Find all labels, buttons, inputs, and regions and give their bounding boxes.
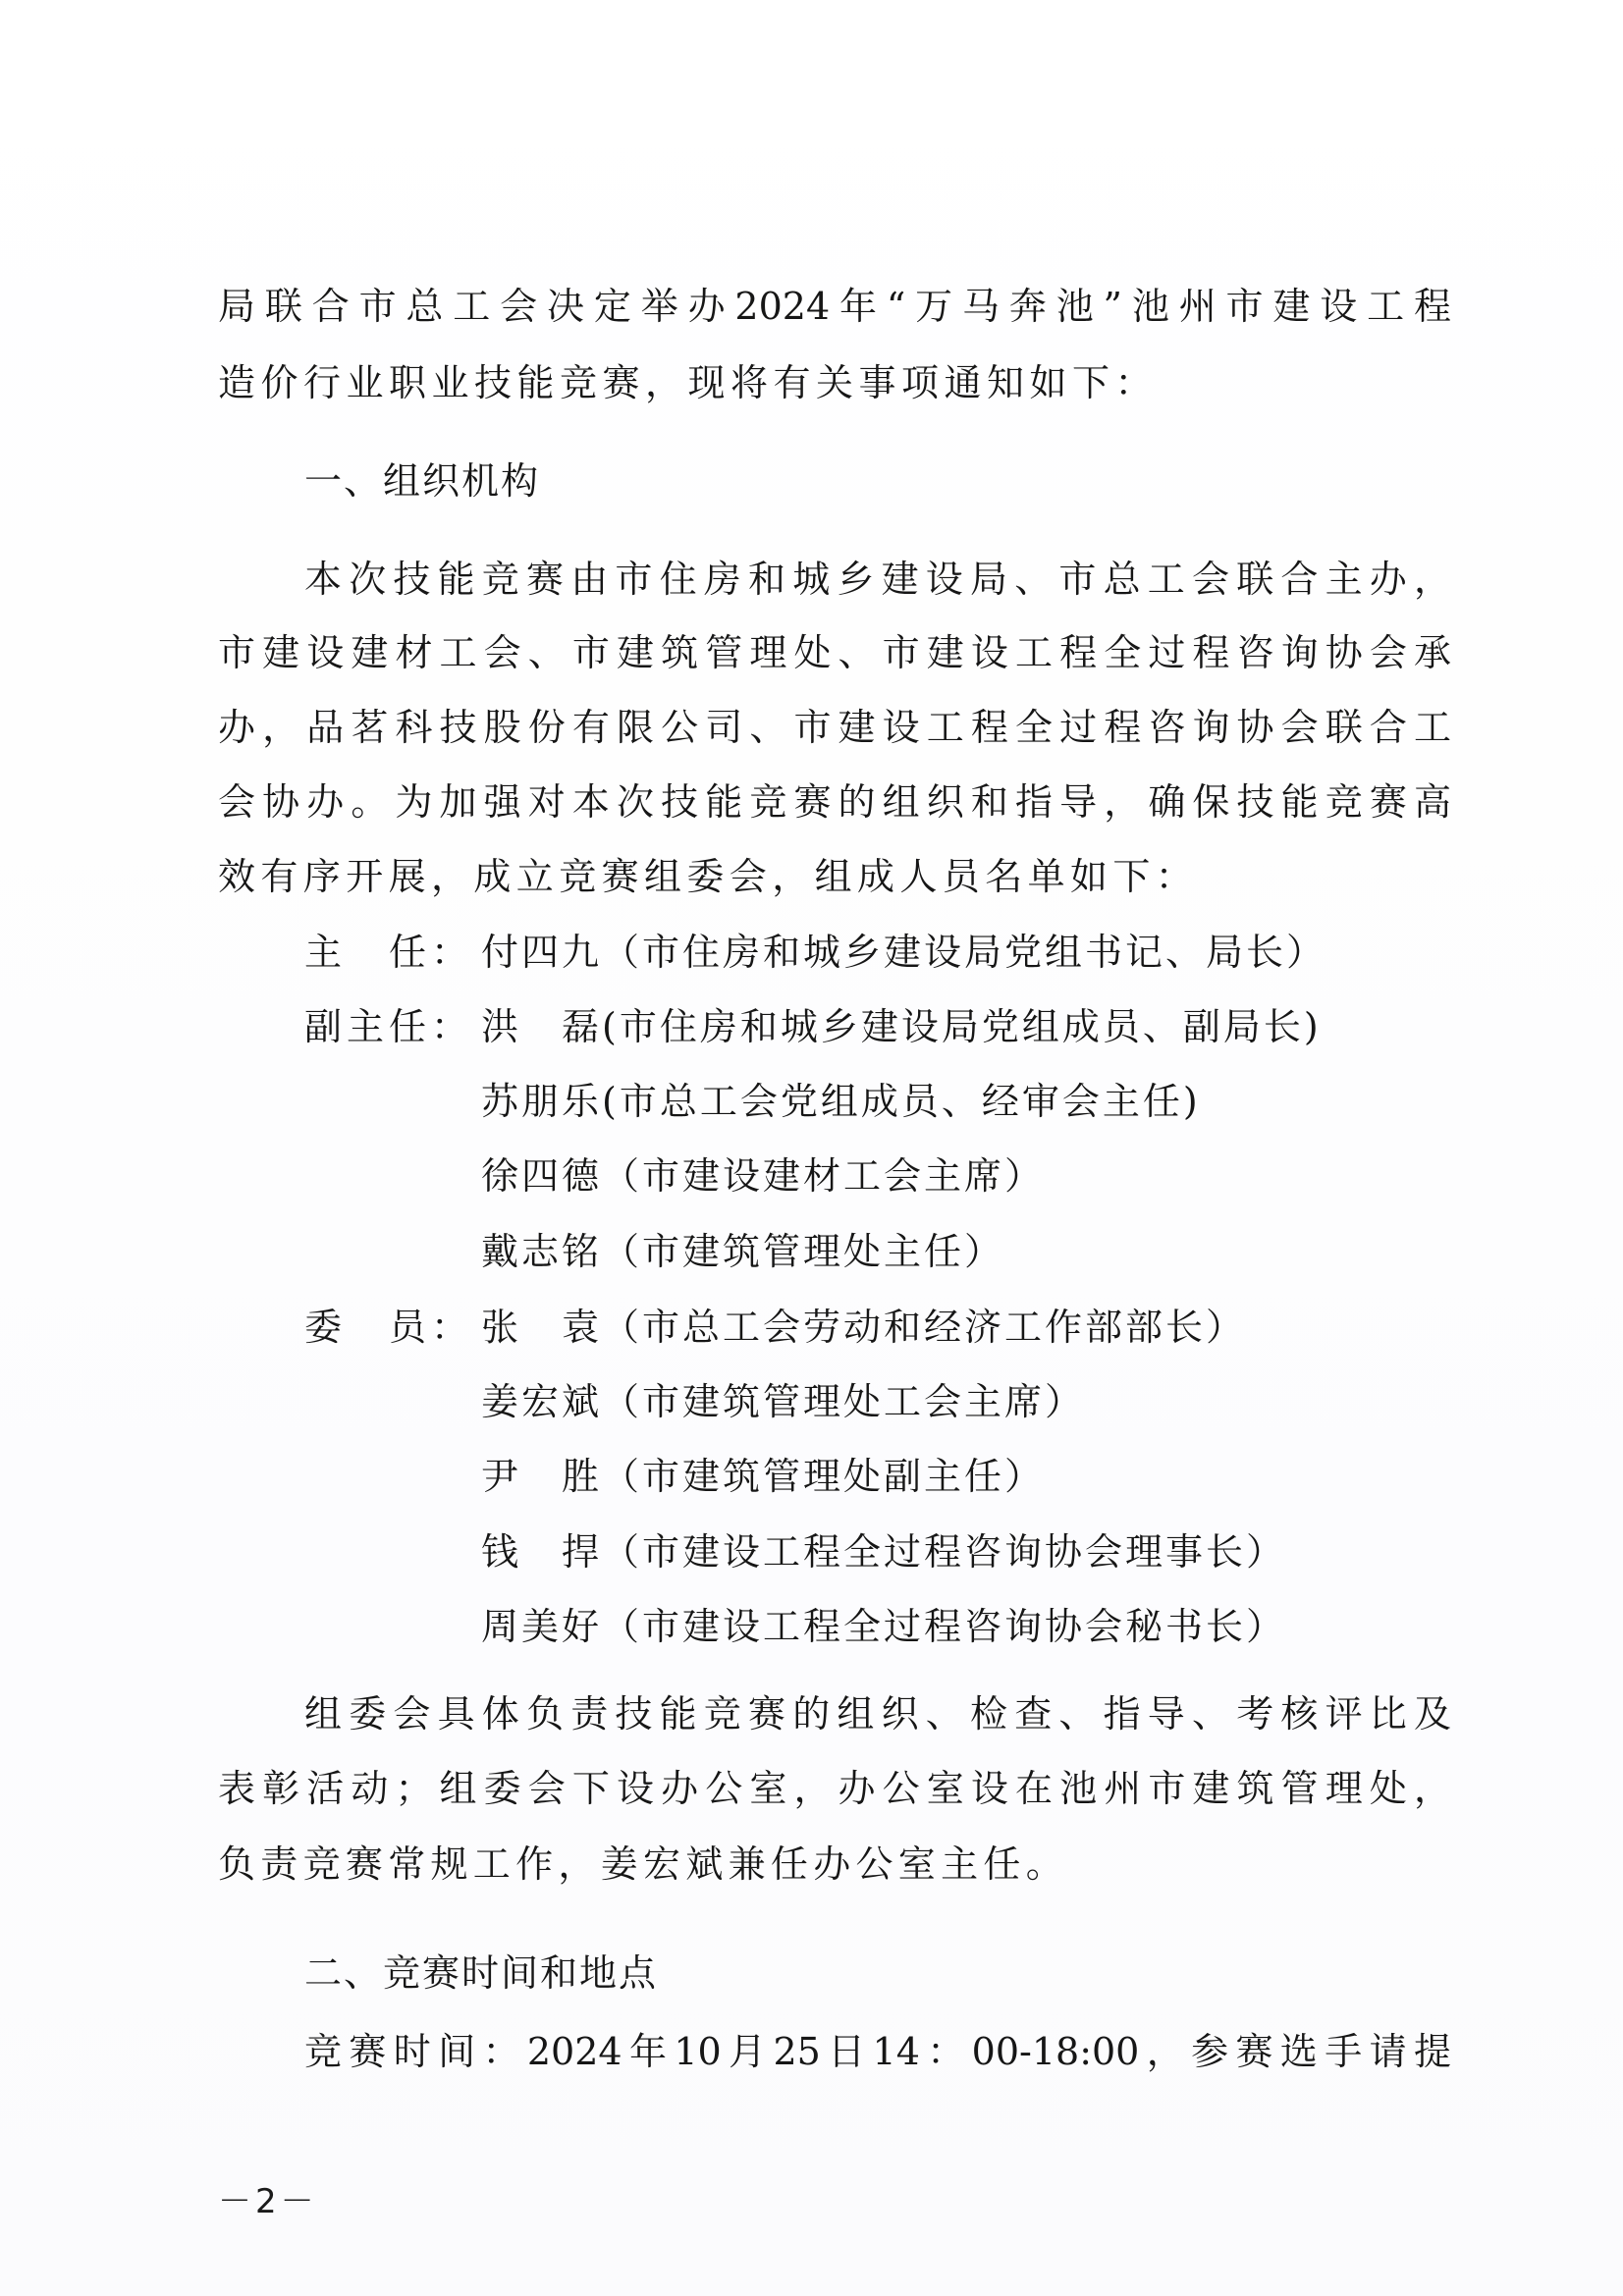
member-title: （市建设工程全过程咨询协会秘书长） bbox=[602, 1605, 1286, 1648]
member-role: 副主任： bbox=[304, 1002, 471, 1051]
time-paragraph-line-1: 竞赛时间：2024年10月25日14：00-18:00，参赛选手请提 bbox=[304, 2027, 1451, 2076]
member-name: 徐四德 bbox=[481, 1154, 602, 1198]
committee-member: 副主任： 洪 磊(市住房和城乡建设局党组成员、副局长) bbox=[0, 1002, 1623, 1051]
committee-member: 尹 胜（市建筑管理处副主任） bbox=[0, 1452, 1623, 1501]
member-name: 周美好 bbox=[481, 1605, 602, 1648]
member-name: 苏朋乐 bbox=[481, 1080, 602, 1123]
member-name: 钱 捍 bbox=[481, 1530, 602, 1574]
member-title: (市住房和城乡建设局党组成员、副局长) bbox=[602, 1005, 1322, 1048]
member-title: (市总工会党组成员、经审会主任) bbox=[602, 1080, 1201, 1123]
committee-member: 钱 捍（市建设工程全过程咨询协会理事长） bbox=[0, 1527, 1623, 1576]
committee-member: 苏朋乐(市总工会党组成员、经审会主任) bbox=[0, 1077, 1623, 1126]
org-paragraph-line-2: 市建设建材工会、市建筑管理处、市建设工程全过程咨询协会承 bbox=[218, 628, 1451, 677]
intro-line-1: 局联合市总工会决定举办2024年“万马奔池”池州市建设工程 bbox=[218, 282, 1451, 331]
member-role: 主 任： bbox=[304, 928, 471, 977]
member-name: 张 袁 bbox=[481, 1306, 602, 1349]
intro-line-2: 造价行业职业技能竞赛，现将有关事项通知如下： bbox=[218, 358, 1451, 407]
committee-member: 委 员： 张 袁（市总工会劳动和经济工作部部长） bbox=[0, 1303, 1623, 1352]
member-name: 洪 磊 bbox=[481, 1005, 602, 1048]
committee-member: 戴志铭（市建筑管理处主任） bbox=[0, 1227, 1623, 1276]
office-paragraph-line-1: 组委会具体负责技能竞赛的组织、检查、指导、考核评比及 bbox=[304, 1689, 1451, 1738]
member-title: （市住房和城乡建设局党组书记、局长） bbox=[602, 931, 1326, 974]
member-name: 尹 胜 bbox=[481, 1455, 602, 1498]
page-number: －2－ bbox=[218, 2174, 318, 2222]
office-paragraph-line-3: 负责竞赛常规工作，姜宏斌兼任办公室主任。 bbox=[218, 1840, 1451, 1889]
committee-member: 姜宏斌（市建筑管理处工会主席） bbox=[0, 1377, 1623, 1426]
org-paragraph-line-1: 本次技能竞赛由市住房和城乡建设局、市总工会联合主办， bbox=[304, 555, 1451, 604]
committee-member: 主 任： 付四九（市住房和城乡建设局党组书记、局长） bbox=[0, 928, 1623, 977]
org-paragraph-line-3: 办，品茗科技股份有限公司、市建设工程全过程咨询协会联合工 bbox=[218, 703, 1451, 752]
member-title: （市总工会劳动和经济工作部部长） bbox=[602, 1306, 1246, 1349]
committee-member: 徐四德（市建设建材工会主席） bbox=[0, 1151, 1623, 1201]
member-title: （市建设工程全过程咨询协会理事长） bbox=[602, 1530, 1286, 1574]
member-name: 付四九 bbox=[481, 931, 602, 974]
org-paragraph-line-4: 会协办。为加强对本次技能竞赛的组织和指导，确保技能竞赛高 bbox=[218, 777, 1451, 827]
member-title: （市建筑管理处主任） bbox=[602, 1230, 1004, 1273]
member-name: 姜宏斌 bbox=[481, 1380, 602, 1423]
member-title: （市建筑管理处工会主席） bbox=[602, 1380, 1085, 1423]
committee-member: 周美好（市建设工程全过程咨询协会秘书长） bbox=[0, 1602, 1623, 1651]
office-paragraph-line-2: 表彰活动；组委会下设办公室，办公室设在池州市建筑管理处， bbox=[218, 1764, 1451, 1813]
member-title: （市建设建材工会主席） bbox=[602, 1154, 1045, 1198]
org-paragraph-line-5: 效有序开展，成立竞赛组委会，组成人员名单如下： bbox=[218, 852, 1451, 901]
member-role: 委 员： bbox=[304, 1303, 471, 1352]
member-name: 戴志铭 bbox=[481, 1230, 602, 1273]
section-heading-time-location: 二、竞赛时间和地点 bbox=[304, 1949, 1538, 1998]
document-page: 局联合市总工会决定举办2024年“万马奔池”池州市建设工程 造价行业职业技能竞赛… bbox=[0, 0, 1623, 2296]
section-heading-organization: 一、组织机构 bbox=[304, 456, 1538, 506]
member-title: （市建筑管理处副主任） bbox=[602, 1455, 1045, 1498]
